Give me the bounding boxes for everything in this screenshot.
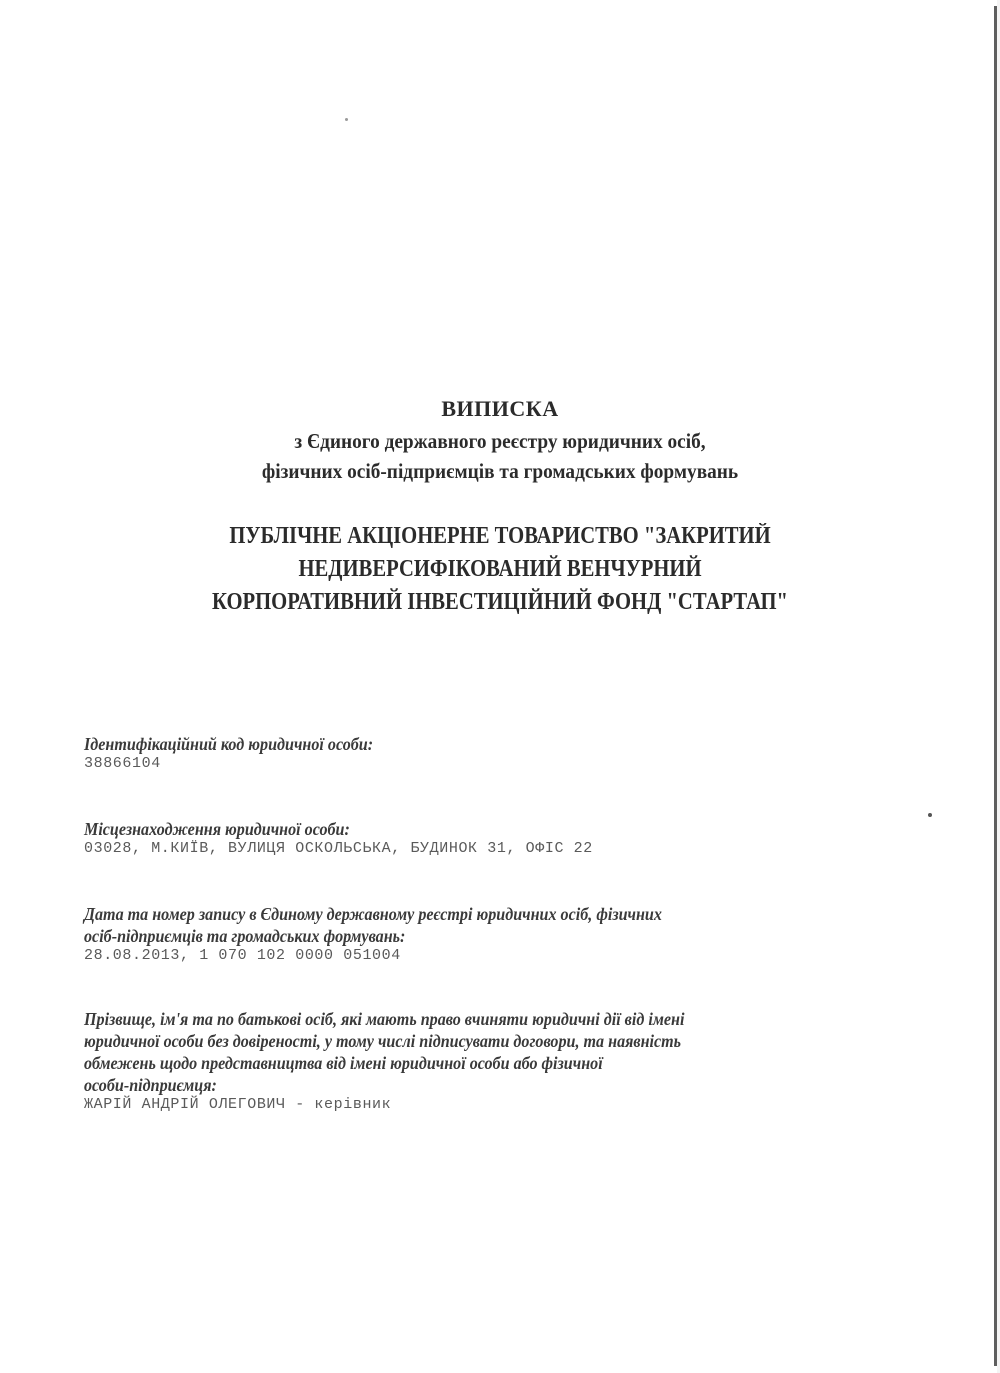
field-authorized-persons: Прізвище, ім'я та по батькові осіб, які … bbox=[84, 1008, 844, 1114]
label-line: Ідентифікаційний код юридичної особи: bbox=[84, 733, 783, 755]
subtitle-line: фізичних осіб-підприємців та громадських… bbox=[40, 456, 960, 486]
label-line: Місцезнаходження юридичної особи: bbox=[84, 818, 783, 840]
field-value: 03028, М.КИЇВ, ВУЛИЦЯ ОСКОЛЬСЬКА, БУДИНО… bbox=[84, 840, 844, 858]
label-line: обмежень щодо представництва від імені ю… bbox=[84, 1052, 783, 1074]
label-line: Дата та номер запису в Єдиному державном… bbox=[84, 903, 783, 925]
field-identification-code: Ідентифікаційний код юридичної особи: 38… bbox=[84, 733, 844, 773]
scan-speck bbox=[345, 118, 348, 121]
label-line: особи-підприємця: bbox=[84, 1074, 783, 1096]
document-subtitle: з Єдиного державного реєстру юридичних о… bbox=[40, 426, 960, 486]
field-location: Місцезнаходження юридичної особи: 03028,… bbox=[84, 818, 844, 858]
company-name-line: КОРПОРАТИВНИЙ ІНВЕСТИЦІЙНИЙ ФОНД "СТАРТА… bbox=[70, 586, 930, 619]
field-label: Дата та номер запису в Єдиному державном… bbox=[84, 903, 783, 947]
field-label: Місцезнаходження юридичної особи: bbox=[84, 818, 783, 840]
field-value: 38866104 bbox=[84, 755, 844, 773]
label-line: юридичної особи без довіреності, у тому … bbox=[84, 1030, 783, 1052]
field-registration-record: Дата та номер запису в Єдиному державном… bbox=[84, 903, 844, 965]
company-name-line: НЕДИВЕРСИФІКОВАНИЙ ВЕНЧУРНИЙ bbox=[70, 553, 930, 586]
field-label: Ідентифікаційний код юридичної особи: bbox=[84, 733, 783, 755]
subtitle-line: з Єдиного державного реєстру юридичних о… bbox=[40, 426, 960, 456]
label-line: осіб-підприємців та громадських формуван… bbox=[84, 925, 783, 947]
document-title: ВИПИСКА bbox=[0, 396, 1000, 422]
company-name-line: ПУБЛІЧНЕ АКЦІОНЕРНЕ ТОВАРИСТВО "ЗАКРИТИЙ bbox=[70, 520, 930, 553]
company-name: ПУБЛІЧНЕ АКЦІОНЕРНЕ ТОВАРИСТВО "ЗАКРИТИЙ… bbox=[70, 520, 930, 619]
field-value: ЖАРІЙ АНДРІЙ ОЛЕГОВИЧ - керівник bbox=[84, 1096, 844, 1114]
field-label: Прізвище, ім'я та по батькові осіб, які … bbox=[84, 1008, 783, 1096]
label-line: Прізвище, ім'я та по батькові осіб, які … bbox=[84, 1008, 783, 1030]
scan-speck bbox=[928, 813, 932, 817]
field-value: 28.08.2013, 1 070 102 0000 051004 bbox=[84, 947, 844, 965]
